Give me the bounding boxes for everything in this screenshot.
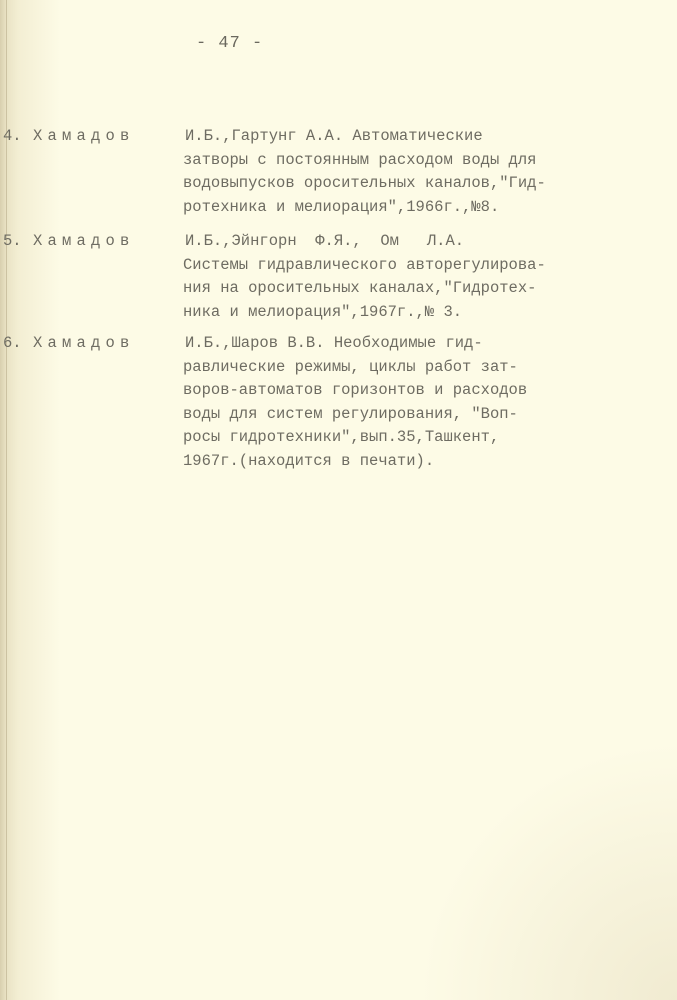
reference-head: 5.ХамадовИ.Б.,Эйнгорн Ф.Я., Ом Л.А. (3, 230, 546, 254)
reference-line: Системы гидравлического авторегулирова- (183, 254, 546, 278)
reference-entry-4: 4.ХамадовИ.Б.,Гартунг А.А. Автоматически… (3, 125, 546, 219)
reference-line: равлические режимы, циклы работ зат- (183, 356, 527, 380)
reference-number: 4. (3, 125, 33, 149)
reference-entry-5: 5.ХамадовИ.Б.,Эйнгорн Ф.Я., Ом Л.А. Сист… (3, 230, 546, 324)
reference-line: ния на оросительных каналах,"Гидротех- (183, 277, 546, 301)
reference-number: 6. (3, 332, 33, 356)
reference-line: ротехника и мелиорация",1966г.,№8. (183, 196, 546, 220)
reference-author: Хамадов (33, 230, 185, 254)
reference-coauthors: И.Б.,Шаров В.В. Необходимые гид- (185, 334, 483, 352)
reference-coauthors: И.Б.,Гартунг А.А. Автоматические (185, 127, 483, 145)
reference-author: Хамадов (33, 332, 185, 356)
reference-line: 1967г.(находится в печати). (183, 450, 527, 474)
page-number: - 47 - (196, 34, 263, 53)
reference-line: воды для систем регулирования, "Воп- (183, 403, 527, 427)
reference-entry-6: 6.ХамадовИ.Б.,Шаров В.В. Необходимые гид… (3, 332, 527, 473)
reference-head: 6.ХамадовИ.Б.,Шаров В.В. Необходимые гид… (3, 332, 527, 356)
reference-line: ника и мелиорация",1967г.,№ 3. (183, 301, 546, 325)
page-corner-shadow (417, 740, 677, 1000)
reference-number: 5. (3, 230, 33, 254)
reference-head: 4.ХамадовИ.Б.,Гартунг А.А. Автоматически… (3, 125, 546, 149)
reference-line: затворы с постоянным расходом воды для (183, 149, 546, 173)
reference-line: воров-автоматов горизонтов и расходов (183, 379, 527, 403)
reference-author: Хамадов (33, 125, 185, 149)
reference-line: росы гидротехники",вып.35,Ташкент, (183, 426, 527, 450)
reference-coauthors: И.Б.,Эйнгорн Ф.Я., Ом Л.А. (185, 232, 464, 250)
reference-line: водовыпусков оросительных каналов,"Гид- (183, 172, 546, 196)
